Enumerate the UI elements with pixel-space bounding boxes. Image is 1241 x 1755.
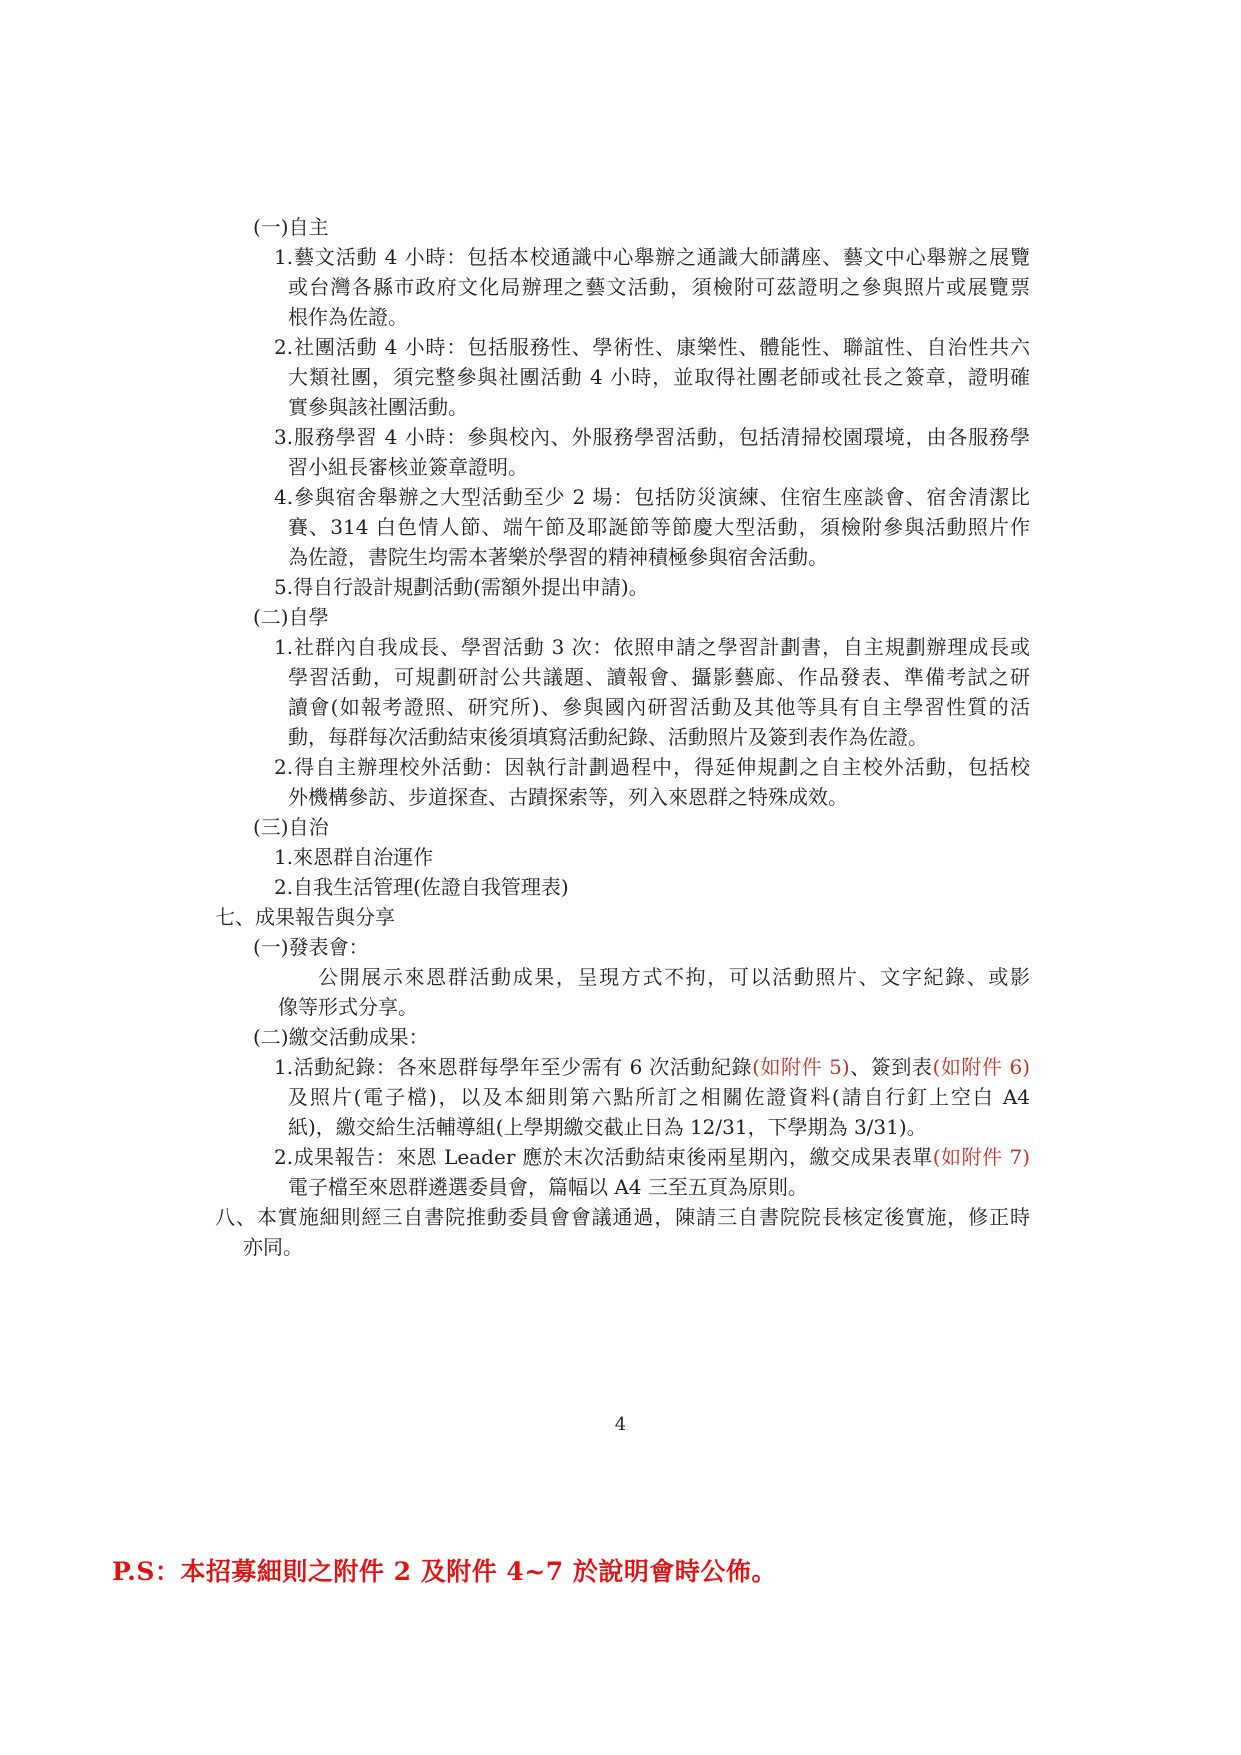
document-body: (一)自主1.藝文活動 4 小時：包括本校通識中心舉辦之通識大師講座、藝文中心舉… [0,212,1241,1262]
ps-note: P.S：本招募細則之附件 2 及附件 4~7 於說明會時公佈。 [112,1552,777,1588]
text-segment: 七、成果報告與分享 [215,905,395,929]
text-line: (二)繳交活動成果： [253,1022,1030,1052]
text-line: 大類社團，須完整參與社團活動 4 小時，並取得社團老師或社長之簽章，證明確 [288,362,1030,392]
text-segment: 根作為佐證。 [288,305,408,329]
text-segment: (二)自學 [253,605,329,629]
text-line: 4.參與宿舍舉辦之大型活動至少 2 場：包括防災演練、住宿生座談會、宿舍清潔比 [274,482,1030,512]
text-segment: 讀會(如報考證照、研究所)、參與國內研習活動及其他等具有自主學習性質的活 [288,695,1030,719]
text-line: 為佐證，書院生均需本著樂於學習的精神積極參與宿舍活動。 [288,542,1030,572]
text-segment: 2.社團活動 4 小時：包括服務性、學術性、康樂性、體能性、聯誼性、自治性共六 [274,335,1030,359]
text-line: 2.自我生活管理(佐證自我管理表) [274,872,1030,902]
text-segment: 2.成果報告：來恩 Leader 應於末次活動結束後兩星期內，繳交成果表單 [274,1145,933,1169]
text-segment: 4.參與宿舍舉辦之大型活動至少 2 場：包括防災演練、住宿生座談會、宿舍清潔比 [274,485,1030,509]
text-line: (三)自治 [253,812,1030,842]
document-page: (一)自主1.藝文活動 4 小時：包括本校通識中心舉辦之通識大師講座、藝文中心舉… [0,0,1241,1755]
text-line: (一)發表會： [253,932,1030,962]
text-line: 2.社團活動 4 小時：包括服務性、學術性、康樂性、體能性、聯誼性、自治性共六 [274,332,1030,362]
text-line: 5.得自行設計規劃活動(需額外提出申請)。 [274,572,1030,602]
text-line: 3.服務學習 4 小時：參與校內、外服務學習活動，包括清掃校園環境，由各服務學 [274,422,1030,452]
text-segment: 1.社群內自我成長、學習活動 3 次：依照申請之學習計劃書，自主規劃辦理成長或 [274,635,1030,659]
text-line: (一)自主 [253,212,1030,242]
text-segment: 八、本實施細則經三自書院推動委員會會議通過，陳請三自書院院長核定後實施，修正時 [215,1205,1030,1229]
text-segment: 2.得自主辦理校外活動：因執行計劃過程中，得延伸規劃之自主校外活動，包括校 [274,755,1030,779]
text-segment: 為佐證，書院生均需本著樂於學習的精神積極參與宿舍活動。 [288,545,828,569]
text-segment: 賽、314 白色情人節、端午節及耶誕節等節慶大型活動，須檢附參與活動照片作 [288,515,1030,539]
text-segment: 紙)，繳交給生活輔導組(上學期繳交截止日為 12/31，下學期為 3/31)。 [288,1115,927,1139]
page-number: 4 [0,1414,1241,1435]
text-line: 1.社群內自我成長、學習活動 3 次：依照申請之學習計劃書，自主規劃辦理成長或 [274,632,1030,662]
text-line: 賽、314 白色情人節、端午節及耶誕節等節慶大型活動，須檢附參與活動照片作 [288,512,1030,542]
text-line: 及照片(電子檔)，以及本細則第六點所訂之相關佐證資料(請自行釘上空白 A4 [288,1082,1030,1112]
text-line: 學習活動，可規劃研討公共議題、讀報會、攝影藝廊、作品發表、準備考試之研 [288,662,1030,692]
text-line: 或台灣各縣市政府文化局辦理之藝文活動，須檢附可茲證明之參與照片或展覽票 [288,272,1030,302]
text-line: 1.來恩群自治運作 [274,842,1030,872]
text-segment: 及照片(電子檔)，以及本細則第六點所訂之相關佐證資料(請自行釘上空白 A4 [288,1085,1030,1109]
text-segment: 實參與該社團活動。 [288,395,468,419]
attachment-ref-red-text: (如附件 7) [933,1145,1030,1169]
text-segment: (一)自主 [253,215,329,239]
attachment-ref-red-text: (如附件 5) [752,1055,850,1079]
text-line: 讀會(如報考證照、研究所)、參與國內研習活動及其他等具有自主學習性質的活 [288,692,1030,722]
text-line: 2.成果報告：來恩 Leader 應於末次活動結束後兩星期內，繳交成果表單(如附… [274,1142,1030,1172]
text-line: (二)自學 [253,602,1030,632]
text-line: 2.得自主辦理校外活動：因執行計劃過程中，得延伸規劃之自主校外活動，包括校 [274,752,1030,782]
text-segment: 1.活動紀錄：各來恩群每學年至少需有 6 次活動紀錄 [274,1055,752,1079]
text-segment: 習小組長審核並簽章證明。 [288,455,528,479]
text-segment: 、簽到表 [850,1055,933,1079]
text-line: 亦同。 [243,1232,1030,1262]
text-line: 動，每群每次活動結束後須填寫活動紀錄、活動照片及簽到表作為佐證。 [288,722,1030,752]
text-segment: 像等形式分享。 [278,995,418,1019]
attachment-ref-red-text: (如附件 6) [933,1055,1031,1079]
text-line: 公開展示來恩群活動成果，呈現方式不拘，可以活動照片、文字紀錄、或影 [318,962,1030,992]
text-segment: (一)發表會： [253,935,369,959]
text-segment: (二)繳交活動成果： [253,1025,429,1049]
text-line: 電子檔至來恩群遴選委員會，篇幅以 A4 三至五頁為原則。 [288,1172,1030,1202]
text-segment: 電子檔至來恩群遴選委員會，篇幅以 A4 三至五頁為原則。 [288,1175,808,1199]
text-line: 七、成果報告與分享 [215,902,1030,932]
text-line: 實參與該社團活動。 [288,392,1030,422]
text-line: 1.活動紀錄：各來恩群每學年至少需有 6 次活動紀錄(如附件 5)、簽到表(如附… [274,1052,1030,1082]
text-segment: 亦同。 [243,1235,303,1259]
text-segment: 3.服務學習 4 小時：參與校內、外服務學習活動，包括清掃校園環境，由各服務學 [274,425,1030,449]
text-line: 紙)，繳交給生活輔導組(上學期繳交截止日為 12/31，下學期為 3/31)。 [288,1112,1030,1142]
text-segment: 2.自我生活管理(佐證自我管理表) [274,875,569,899]
text-segment: 公開展示來恩群活動成果，呈現方式不拘，可以活動照片、文字紀錄、或影 [318,965,1030,989]
text-line: 像等形式分享。 [278,992,1030,1022]
text-segment: 5.得自行設計規劃活動(需額外提出申請)。 [274,575,649,599]
text-segment: 1.來恩群自治運作 [274,845,433,869]
text-segment: 學習活動，可規劃研討公共議題、讀報會、攝影藝廊、作品發表、準備考試之研 [288,665,1030,689]
text-segment: 或台灣各縣市政府文化局辦理之藝文活動，須檢附可茲證明之參與照片或展覽票 [288,275,1030,299]
text-line: 外機構參訪、步道探查、古蹟探索等，列入來恩群之特殊成效。 [288,782,1030,812]
text-segment: (三)自治 [253,815,329,839]
text-line: 習小組長審核並簽章證明。 [288,452,1030,482]
text-segment: 大類社團，須完整參與社團活動 4 小時，並取得社團老師或社長之簽章，證明確 [288,365,1030,389]
text-segment: 動，每群每次活動結束後須填寫活動紀錄、活動照片及簽到表作為佐證。 [288,725,928,749]
text-line: 1.藝文活動 4 小時：包括本校通識中心舉辦之通識大師講座、藝文中心舉辦之展覽 [274,242,1030,272]
text-line: 根作為佐證。 [288,302,1030,332]
text-segment: 1.藝文活動 4 小時：包括本校通識中心舉辦之通識大師講座、藝文中心舉辦之展覽 [274,245,1030,269]
text-segment: 外機構參訪、步道探查、古蹟探索等，列入來恩群之特殊成效。 [288,785,848,809]
text-line: 八、本實施細則經三自書院推動委員會會議通過，陳請三自書院院長核定後實施，修正時 [215,1202,1030,1232]
